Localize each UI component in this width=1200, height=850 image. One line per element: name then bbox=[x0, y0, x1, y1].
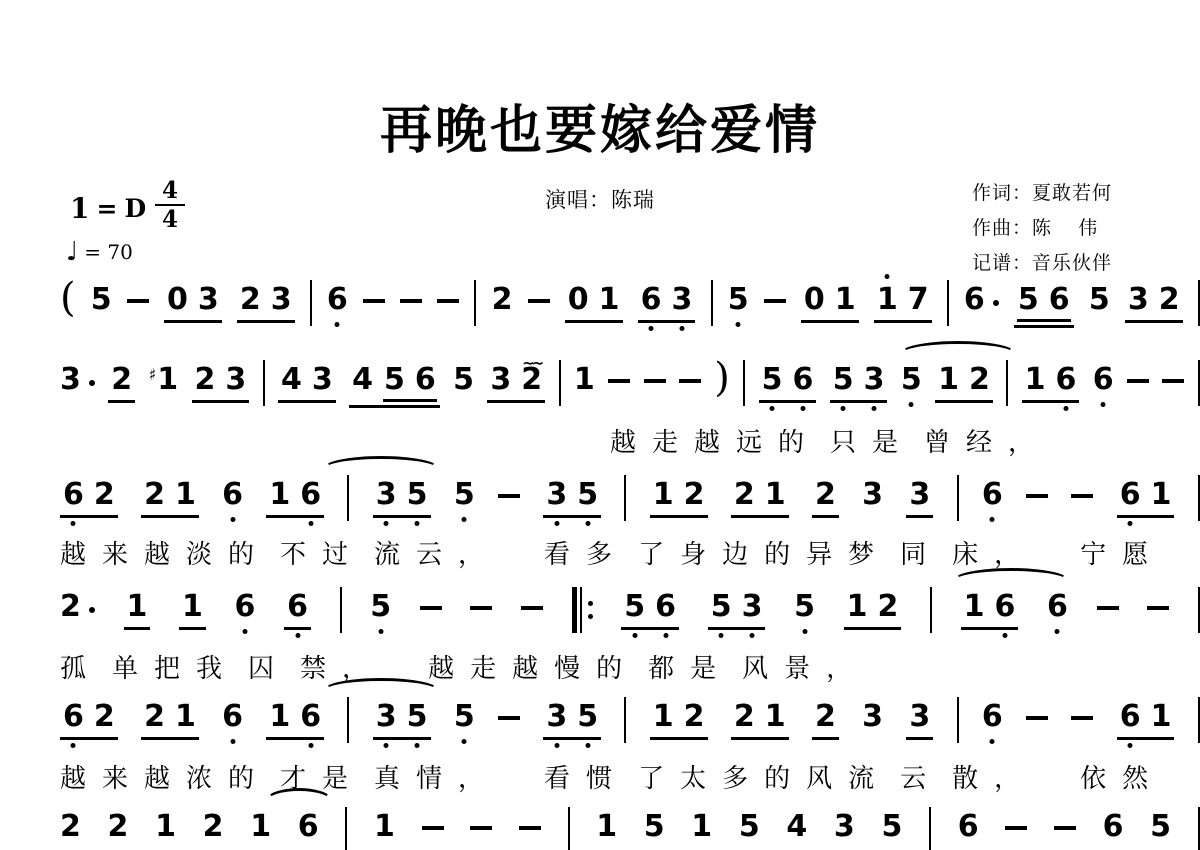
lyric-row: 越走越远的只是曾经， bbox=[60, 422, 1200, 459]
note: 3 bbox=[198, 283, 219, 317]
note: 1 bbox=[938, 363, 959, 397]
note: 5 bbox=[711, 590, 732, 624]
lyric-segment: 囚 bbox=[248, 648, 290, 685]
note: 6 bbox=[298, 810, 319, 844]
music-line: 32♯12343456532∼∼1)5653512166 bbox=[60, 363, 1200, 403]
duration-dash bbox=[498, 716, 520, 720]
repeat-begin-sign bbox=[572, 587, 593, 633]
note-unit: 1 bbox=[574, 363, 595, 397]
beam-group: 23 bbox=[237, 283, 295, 323]
note: 6 bbox=[792, 363, 813, 397]
low-octave-dot bbox=[295, 633, 300, 638]
note: 5 bbox=[384, 363, 405, 397]
note: 5 bbox=[91, 283, 112, 317]
duration-dash bbox=[400, 299, 422, 303]
note-unit: 5 bbox=[728, 283, 749, 317]
note: 6 bbox=[1093, 363, 1114, 397]
note: 0 bbox=[568, 283, 589, 317]
lyric-segment: 了身边的异梦 bbox=[638, 534, 890, 571]
beam-group: 61 bbox=[1117, 700, 1175, 740]
note: 2 bbox=[240, 283, 261, 317]
duration-dash bbox=[1127, 379, 1149, 383]
note: 0 bbox=[167, 283, 188, 317]
note: 3 bbox=[742, 590, 763, 624]
barline bbox=[624, 697, 626, 743]
music-line: 6221616355351221233661 bbox=[60, 478, 1200, 518]
note-unit: 2 bbox=[60, 810, 81, 844]
note: 6 bbox=[655, 590, 676, 624]
slur-icon bbox=[900, 341, 1016, 366]
lyric-segment: 风景， bbox=[742, 648, 868, 685]
duration-dash bbox=[1005, 826, 1027, 830]
note: 1 bbox=[127, 590, 148, 624]
beam-group: 62 bbox=[60, 478, 118, 518]
lyric-segment: 禁， bbox=[300, 648, 384, 685]
key-signature: 1 = D bbox=[70, 192, 146, 225]
low-octave-dot bbox=[308, 743, 313, 748]
note-unit: ♯1 bbox=[149, 363, 179, 401]
low-octave-dot bbox=[384, 743, 389, 748]
low-octave-dot bbox=[554, 743, 559, 748]
duration-dash bbox=[1071, 716, 1093, 720]
note: 6 bbox=[415, 363, 436, 397]
beam-group: 56 bbox=[1014, 283, 1074, 328]
duration-dash bbox=[420, 606, 442, 610]
note: 3 bbox=[60, 363, 81, 397]
low-octave-dot bbox=[1002, 633, 1007, 638]
duration-dash bbox=[644, 379, 666, 383]
slur-icon bbox=[323, 456, 439, 481]
quarter-note-icon: ♩ bbox=[66, 242, 78, 262]
beam-group: 3 bbox=[906, 478, 933, 518]
low-octave-dot bbox=[71, 743, 76, 748]
low-octave-dot bbox=[415, 743, 420, 748]
beam-group: 56 bbox=[759, 363, 817, 403]
note: 3 bbox=[862, 700, 883, 734]
note-unit: 6 bbox=[298, 810, 319, 844]
music-line: 22121611515435665 bbox=[60, 810, 1200, 850]
barline bbox=[347, 475, 349, 521]
note: 5 bbox=[624, 590, 645, 624]
note: 6 bbox=[1047, 590, 1068, 624]
note: ♯1 bbox=[149, 363, 179, 401]
note: 1 bbox=[269, 478, 290, 512]
note-unit: 3 bbox=[862, 700, 883, 734]
beam-group: 43 bbox=[278, 363, 336, 403]
low-octave-dot bbox=[719, 633, 724, 638]
low-octave-dot bbox=[230, 517, 235, 522]
beam-group: 53 bbox=[830, 363, 888, 403]
note-unit: 6 bbox=[982, 478, 1003, 512]
note: 1 bbox=[1151, 700, 1172, 734]
note: 2 bbox=[815, 478, 836, 512]
barline bbox=[624, 475, 626, 521]
note-unit: 6 bbox=[1047, 590, 1068, 624]
note: 6 bbox=[982, 478, 1003, 512]
barline bbox=[559, 360, 561, 406]
note: 6 bbox=[641, 283, 662, 317]
note: 5 bbox=[577, 700, 598, 734]
note: 2 bbox=[60, 590, 81, 624]
note: 1 bbox=[1025, 363, 1046, 397]
note: 5 bbox=[407, 478, 428, 512]
note: 4 bbox=[352, 363, 373, 397]
note: 1 bbox=[269, 700, 290, 734]
low-octave-dot bbox=[415, 521, 420, 526]
note: 6 bbox=[63, 478, 84, 512]
note: 0 bbox=[804, 283, 825, 317]
repeat-dots bbox=[588, 601, 593, 619]
note: 2 bbox=[195, 363, 216, 397]
note: 2 bbox=[1159, 283, 1180, 317]
key-letter: D bbox=[124, 194, 146, 223]
note: 6 bbox=[222, 700, 243, 734]
note-unit: 6 bbox=[235, 590, 256, 624]
beam-group: 35 bbox=[373, 700, 431, 740]
lyric-segment: 都是 bbox=[648, 648, 732, 685]
lyric-segment: 同 bbox=[900, 534, 942, 571]
low-octave-dot bbox=[378, 629, 383, 634]
beam-group: 62 bbox=[60, 700, 118, 740]
note-unit: 5 bbox=[370, 590, 391, 624]
note: 1 bbox=[765, 478, 786, 512]
note: 6 bbox=[300, 478, 321, 512]
low-octave-dot bbox=[308, 521, 313, 526]
song-title: 再晚也要嫁给爱情 bbox=[0, 88, 1200, 163]
note: 3 bbox=[546, 478, 567, 512]
beam-group: 16 bbox=[266, 700, 324, 740]
beam-group: 32 bbox=[1125, 283, 1183, 323]
beam-group: 35 bbox=[373, 478, 431, 518]
parenthesis: ) bbox=[714, 358, 730, 398]
note: 1 bbox=[847, 590, 868, 624]
note: 1 bbox=[182, 590, 203, 624]
lyric-segment: 越走越慢的 bbox=[428, 648, 638, 685]
note-unit: 3 bbox=[60, 363, 95, 397]
note: 3 bbox=[862, 478, 883, 512]
duration-dash bbox=[363, 299, 385, 303]
note-unit: 5 bbox=[453, 363, 474, 397]
key-equals: = bbox=[96, 194, 117, 223]
note: 2 bbox=[111, 363, 132, 397]
augmentation-dot bbox=[89, 380, 95, 386]
lyric-segment: 看惯 bbox=[544, 758, 628, 795]
beam-subgroup: 56 bbox=[383, 363, 437, 402]
note-unit: 3 bbox=[862, 478, 883, 512]
note-unit: 5 bbox=[901, 363, 922, 397]
beam-group: 21 bbox=[731, 700, 789, 740]
beam-group: 12 bbox=[650, 700, 708, 740]
barline bbox=[711, 280, 713, 326]
note: 6 bbox=[327, 283, 348, 317]
duration-dash bbox=[521, 606, 543, 610]
note-unit: 6 bbox=[222, 478, 243, 512]
note: 5 bbox=[762, 363, 783, 397]
credit-line: 作词：夏敢若何 bbox=[972, 176, 1112, 211]
duration-dash bbox=[470, 826, 492, 830]
low-octave-dot bbox=[554, 521, 559, 526]
duration-dash bbox=[679, 379, 701, 383]
lyric-segment: 宁愿 bbox=[1080, 534, 1164, 571]
music-line: (5032362016350117656532 bbox=[60, 283, 1200, 323]
note: 6 bbox=[300, 700, 321, 734]
note: 5 bbox=[728, 283, 749, 317]
note-unit: 4 bbox=[786, 810, 807, 844]
lyric-segment: 越走越远的 bbox=[610, 422, 820, 459]
note: 6 bbox=[287, 590, 308, 624]
low-octave-dot bbox=[585, 743, 590, 748]
beam-group: 2 bbox=[812, 478, 839, 518]
note-unit: 1 bbox=[250, 810, 271, 844]
duration-dash bbox=[437, 299, 459, 303]
note: 2 bbox=[60, 810, 81, 844]
beam-group: 12 bbox=[844, 590, 902, 630]
barline bbox=[1006, 360, 1008, 406]
note-unit: 6 bbox=[1103, 810, 1124, 844]
note: 1 bbox=[1151, 478, 1172, 512]
note: 6 bbox=[1049, 283, 1070, 317]
duration-dash bbox=[1162, 379, 1184, 383]
beam-group: 16 bbox=[1022, 363, 1080, 403]
note-unit: 2 bbox=[492, 283, 513, 317]
note-unit: 1 bbox=[374, 810, 395, 844]
note-unit: 5 bbox=[644, 810, 665, 844]
note: 2 bbox=[94, 478, 115, 512]
note: 3 bbox=[376, 478, 397, 512]
note: 2 bbox=[684, 700, 705, 734]
beam-group: 16 bbox=[961, 590, 1019, 630]
note-unit: 5 bbox=[739, 810, 760, 844]
note-unit: 5 bbox=[1150, 810, 1171, 844]
note-unit: 6 bbox=[982, 700, 1003, 734]
credits-block: 作词：夏敢若何作曲：陈 伟记谱：音乐伙伴 bbox=[972, 176, 1112, 281]
note: 2 bbox=[108, 810, 129, 844]
repeat-dot bbox=[588, 614, 593, 619]
low-octave-dot bbox=[585, 521, 590, 526]
note: 2 bbox=[815, 700, 836, 734]
note: 2 bbox=[877, 590, 898, 624]
note: 5 bbox=[454, 700, 475, 734]
barline bbox=[743, 360, 745, 406]
note: 5 bbox=[1150, 810, 1171, 844]
note: 1 bbox=[835, 283, 856, 317]
note-unit: 1 bbox=[155, 810, 176, 844]
note: 1 bbox=[691, 810, 712, 844]
note: 3 bbox=[909, 700, 930, 734]
lyric-segment: 流云， bbox=[374, 534, 500, 571]
low-octave-dot bbox=[800, 406, 805, 411]
lyric-row: 越来越淡的不过流云，看多了身边的异梦同床，宁愿 bbox=[60, 534, 1200, 571]
note: 5 bbox=[577, 478, 598, 512]
note-unit: 5 bbox=[794, 590, 815, 624]
duration-dash bbox=[764, 299, 786, 303]
beam-group: 1 bbox=[179, 590, 206, 630]
note: 6 bbox=[958, 810, 979, 844]
augmentation-dot bbox=[89, 607, 95, 613]
low-octave-dot bbox=[770, 406, 775, 411]
beam-group: 53 bbox=[708, 590, 766, 630]
note: 1 bbox=[596, 810, 617, 844]
music-line: 2116655653512166 bbox=[60, 590, 1200, 630]
note-unit: 6 bbox=[1093, 363, 1114, 397]
low-octave-dot bbox=[632, 633, 637, 638]
note: 5 bbox=[370, 590, 391, 624]
barline bbox=[568, 807, 570, 850]
lyric-segment: 看多 bbox=[544, 534, 628, 571]
music-line: 6221616355351221233661 bbox=[60, 700, 1200, 740]
low-octave-dot bbox=[909, 402, 914, 407]
low-octave-dot bbox=[663, 633, 668, 638]
note: 3 bbox=[225, 363, 246, 397]
beam-group: 2 bbox=[812, 700, 839, 740]
barline bbox=[1198, 280, 1200, 326]
augmentation-dot bbox=[993, 300, 999, 306]
low-octave-dot bbox=[1128, 521, 1133, 526]
beam-group: 61 bbox=[1117, 478, 1175, 518]
low-octave-dot bbox=[230, 739, 235, 744]
note: 1 bbox=[653, 478, 674, 512]
note: 3 bbox=[834, 810, 855, 844]
beam-group: 63 bbox=[638, 283, 696, 323]
note: 6 bbox=[63, 700, 84, 734]
note: 1 bbox=[175, 478, 196, 512]
note: 1 bbox=[877, 283, 898, 317]
mordent-icon: ∼∼ bbox=[522, 346, 541, 380]
lyric-segment: 真情， bbox=[374, 758, 500, 795]
note-unit: 5 bbox=[881, 810, 902, 844]
beam-group: 21 bbox=[141, 700, 199, 740]
note: 3 bbox=[271, 283, 292, 317]
note: 2 bbox=[144, 700, 165, 734]
duration-dash bbox=[528, 299, 550, 303]
note: 5 bbox=[739, 810, 760, 844]
beam-group: 6 bbox=[284, 590, 311, 630]
barline bbox=[1198, 360, 1200, 406]
lyric-segment: 床， bbox=[952, 534, 1036, 571]
beam-group: 23 bbox=[192, 363, 250, 403]
beam-group: 32∼∼ bbox=[487, 363, 545, 403]
note: 5 bbox=[453, 363, 474, 397]
note: 3 bbox=[672, 283, 693, 317]
beam-group: 12 bbox=[935, 363, 993, 403]
tempo-marking: ♩ = 70 bbox=[66, 240, 133, 264]
note-unit: 2 bbox=[203, 810, 224, 844]
low-octave-dot bbox=[990, 517, 995, 522]
duration-dash bbox=[1097, 606, 1119, 610]
repeat-dot bbox=[588, 601, 593, 606]
note-unit: 2 bbox=[60, 590, 95, 624]
duration-dash bbox=[127, 299, 149, 303]
lyric-segment: 曾经， bbox=[924, 422, 1050, 459]
note: 5 bbox=[644, 810, 665, 844]
barline bbox=[345, 807, 347, 850]
note-unit: 6 bbox=[964, 283, 999, 317]
low-octave-dot bbox=[335, 322, 340, 327]
beam-group: 3 bbox=[906, 700, 933, 740]
note: 7 bbox=[908, 283, 929, 317]
note: 5 bbox=[407, 700, 428, 734]
barline bbox=[340, 587, 342, 633]
lyric-segment: 越来越淡的 bbox=[60, 534, 270, 571]
note: 2 bbox=[492, 283, 513, 317]
beam-group: 456 bbox=[349, 363, 440, 408]
note: 5 bbox=[1089, 283, 1110, 317]
note: 1 bbox=[574, 363, 595, 397]
note: 2 bbox=[684, 478, 705, 512]
note: 4 bbox=[786, 810, 807, 844]
note-unit: 5 bbox=[91, 283, 112, 317]
barline bbox=[957, 475, 959, 521]
barline bbox=[947, 280, 949, 326]
note: 4 bbox=[281, 363, 302, 397]
note: 2 bbox=[734, 478, 755, 512]
beam-group: 03 bbox=[164, 283, 222, 323]
low-octave-dot bbox=[1101, 402, 1106, 407]
lyric-segment: 单把我 bbox=[112, 648, 238, 685]
barline bbox=[310, 280, 312, 326]
duration-dash bbox=[608, 379, 630, 383]
note: 5 bbox=[794, 590, 815, 624]
sharp-icon: ♯ bbox=[149, 365, 157, 384]
beam-subgroup: 56 bbox=[1017, 283, 1071, 322]
low-octave-dot bbox=[990, 739, 995, 744]
repeat-thick-bar bbox=[572, 587, 577, 633]
beam-group: 35 bbox=[543, 700, 601, 740]
note: 2 bbox=[969, 363, 990, 397]
duration-dash bbox=[1147, 606, 1169, 610]
barline bbox=[957, 697, 959, 743]
lyric-segment: 才是 bbox=[280, 758, 364, 795]
note: 5 bbox=[1018, 283, 1039, 317]
beam-group: 21 bbox=[141, 478, 199, 518]
note: 6 bbox=[1055, 363, 1076, 397]
barline bbox=[1198, 807, 1200, 850]
note: 6 bbox=[1103, 810, 1124, 844]
low-octave-dot bbox=[802, 629, 807, 634]
credit-line: 记谱：音乐伙伴 bbox=[972, 246, 1112, 281]
low-octave-dot bbox=[872, 406, 877, 411]
time-numerator: 4 bbox=[155, 178, 185, 203]
beam-group: 17 bbox=[874, 283, 932, 323]
note-unit: 6 bbox=[958, 810, 979, 844]
note: 5 bbox=[901, 363, 922, 397]
low-octave-dot bbox=[1055, 629, 1060, 634]
lyric-segment: 了太多的风流 bbox=[638, 758, 890, 795]
slur-icon bbox=[953, 568, 1069, 593]
high-octave-dot bbox=[885, 274, 890, 279]
beam-group: 56 bbox=[621, 590, 679, 630]
beam-group: 35 bbox=[543, 478, 601, 518]
lyric-segment: 只是 bbox=[830, 422, 914, 459]
duration-dash bbox=[422, 826, 444, 830]
note: 3 bbox=[312, 363, 333, 397]
duration-dash bbox=[498, 494, 520, 498]
low-octave-dot bbox=[750, 633, 755, 638]
lyric-segment: 越来越浓的 bbox=[60, 758, 270, 795]
note: 2 bbox=[144, 478, 165, 512]
lyric-segment: 不过 bbox=[280, 534, 364, 571]
low-octave-dot bbox=[679, 326, 684, 331]
note: 1 bbox=[653, 700, 674, 734]
note: 1 bbox=[374, 810, 395, 844]
beam-group: 2 bbox=[108, 363, 135, 403]
note: 6 bbox=[995, 590, 1016, 624]
note: 5 bbox=[454, 478, 475, 512]
note: 2 bbox=[94, 700, 115, 734]
note-unit: 5 bbox=[1089, 283, 1110, 317]
lyric-segment: 散， bbox=[952, 758, 1036, 795]
low-octave-dot bbox=[462, 739, 467, 744]
